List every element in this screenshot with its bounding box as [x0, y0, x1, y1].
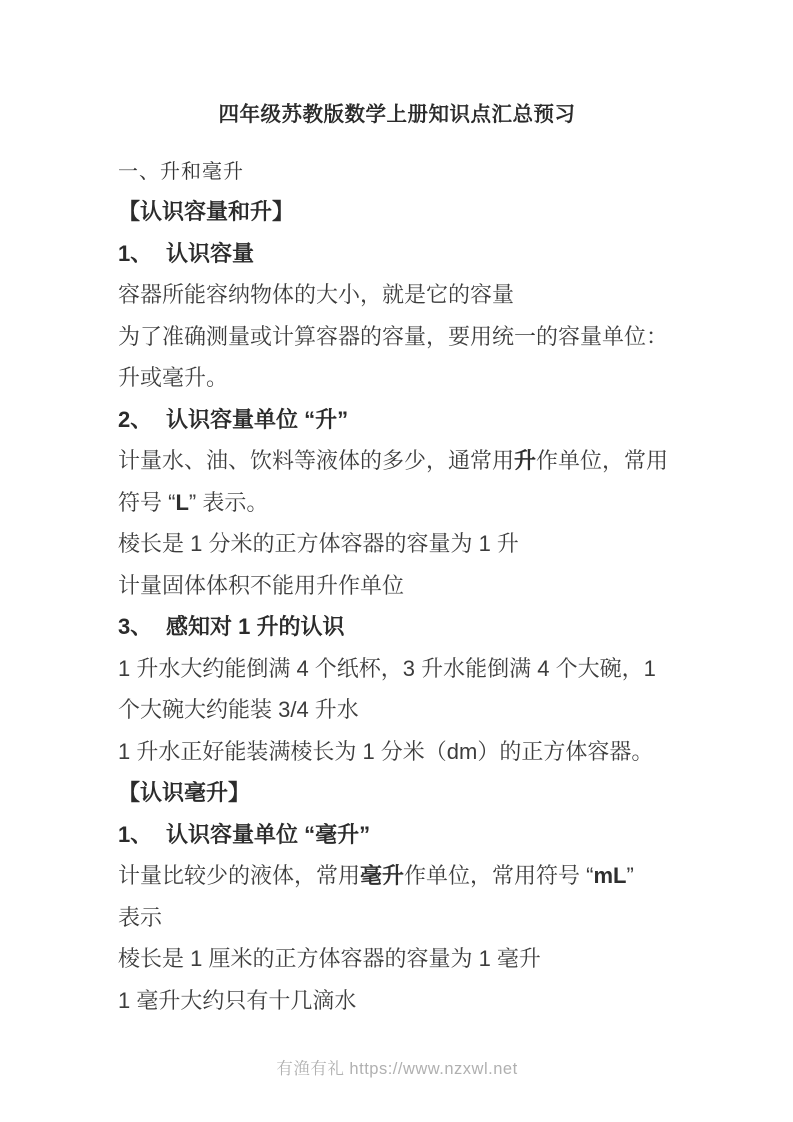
paragraph-line: 1 升水大约能倒满 4 个纸杯，3 升水能倒满 4 个大碗，1: [118, 648, 676, 690]
paragraph-line: 计量比较少的液体，常用毫升作单位，常用符号 “mL”: [118, 855, 676, 897]
numbered-heading: 2、认识容量单位 “升”: [118, 399, 676, 441]
bold-text-run: 升: [514, 448, 536, 473]
numbered-heading: 1、认识容量: [118, 233, 676, 275]
footer-watermark: 有渔有礼 https://www.nzxwl.net: [118, 1057, 676, 1081]
numbered-heading: 3、感知对 1 升的认识: [118, 606, 676, 648]
bold-text-run: L: [175, 490, 188, 515]
text-run: 计量比较少的液体，常用: [118, 863, 360, 888]
text-run: 作单位，常用: [536, 448, 668, 473]
text-run: ”: [626, 863, 633, 888]
paragraph-line: 为了准确测量或计算容器的容量，要用统一的容量单位：: [118, 316, 676, 358]
bold-text-run: 毫升: [360, 863, 404, 888]
heading-text: 认识容量单位 “毫升”: [166, 822, 370, 847]
heading-text: 认识容量单位 “升”: [166, 407, 348, 432]
paragraph-line: 容器所能容纳物体的大小，就是它的容量: [118, 274, 676, 316]
paragraph-line: 1 升水正好能装满棱长为 1 分米（dm）的正方体容器。: [118, 731, 676, 773]
paragraph-line: 个大碗大约能装 3/4 升水: [118, 689, 676, 731]
bold-text-run: mL: [593, 863, 626, 888]
page-title: 四年级苏教版数学上册知识点汇总预习: [118, 100, 676, 130]
numbered-heading: 1、认识容量单位 “毫升”: [118, 814, 676, 856]
section-heading: 一、升和毫升: [118, 157, 676, 187]
heading-text: 认识容量: [166, 241, 254, 266]
paragraph-line: 棱长是 1 厘米的正方体容器的容量为 1 毫升: [118, 938, 676, 980]
paragraph-line: 棱长是 1 分米的正方体容器的容量为 1 升: [118, 523, 676, 565]
heading-number: 2、: [118, 399, 166, 441]
paragraph-line: 升或毫升。: [118, 357, 676, 399]
paragraph-line: 表示: [118, 897, 676, 939]
heading-number: 1、: [118, 233, 166, 275]
paragraph-line: 计量水、油、饮料等液体的多少，通常用升作单位，常用: [118, 440, 676, 482]
text-run: ” 表示。: [189, 490, 268, 515]
text-run: 符号 “: [118, 490, 175, 515]
paragraph-line: 计量固体体积不能用升作单位: [118, 565, 676, 607]
heading-number: 3、: [118, 606, 166, 648]
paragraph-line: 符号 “L” 表示。: [118, 482, 676, 524]
heading-text: 感知对 1 升的认识: [166, 614, 344, 639]
bracket-heading: 【认识容量和升】: [118, 191, 676, 233]
paragraph-line: 1 毫升大约只有十几滴水: [118, 980, 676, 1022]
text-run: 作单位，常用符号 “: [404, 863, 593, 888]
document-page: 四年级苏教版数学上册知识点汇总预习 一、升和毫升 【认识容量和升】 1、认识容量…: [0, 0, 793, 1122]
bracket-heading: 【认识毫升】: [118, 772, 676, 814]
text-run: 计量水、油、饮料等液体的多少，通常用: [118, 448, 514, 473]
heading-number: 1、: [118, 814, 166, 856]
